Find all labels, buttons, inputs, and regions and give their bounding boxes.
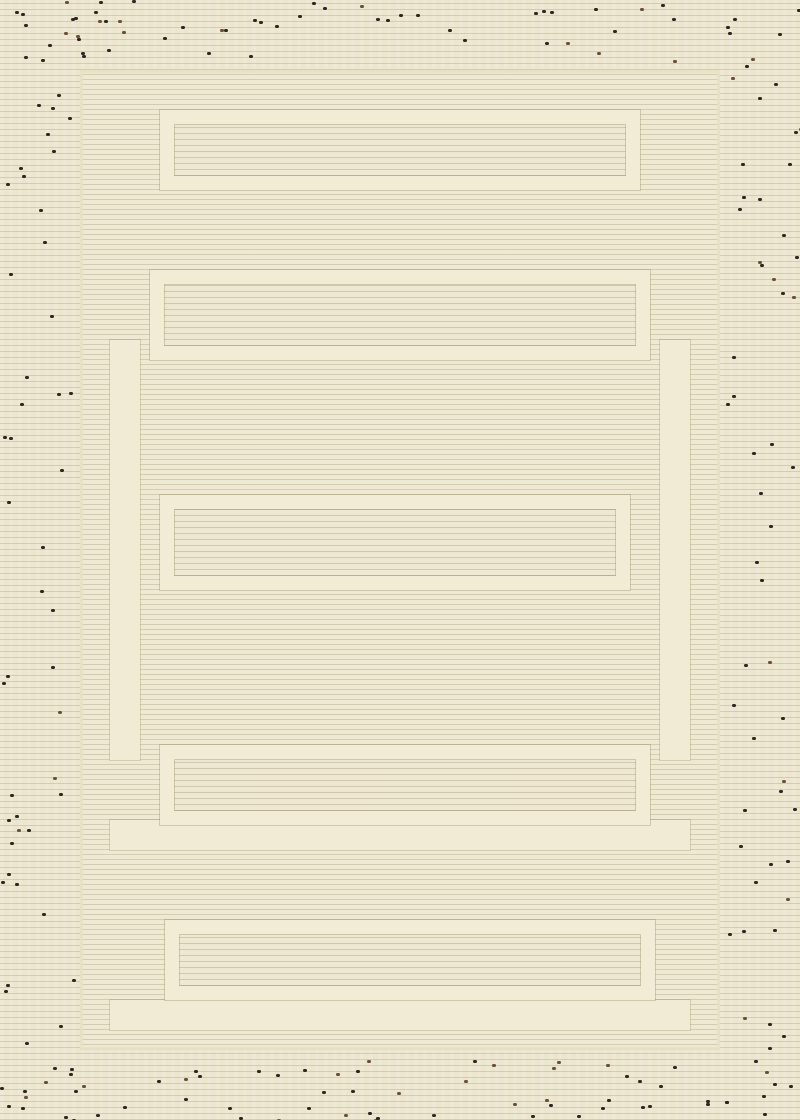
fiber-speck [228,1107,232,1110]
fiber-speck [661,4,665,7]
fiber-speck [416,14,420,17]
fiber-speck [107,49,111,52]
pattern-bar [110,340,140,760]
fiber-speck [77,38,81,41]
fiber-speck [762,1095,766,1098]
fiber-speck [0,1087,4,1090]
fiber-speck [157,1080,161,1083]
fiber-speck [773,929,777,932]
pattern-motif [165,920,655,1000]
fiber-speck [601,1107,605,1110]
fiber-speck [224,29,228,32]
fiber-speck [43,241,47,244]
fiber-speck [463,39,467,42]
fiber-speck [23,1090,27,1093]
pattern-motif [160,495,630,590]
fiber-speck [782,234,786,237]
fiber-speck [376,18,380,21]
fiber-speck [743,1017,747,1020]
fiber-speck [673,1066,677,1069]
fiber-speck [19,167,23,170]
pattern-motif [160,110,640,190]
fiber-speck [648,1105,652,1108]
fiber-speck [550,11,554,14]
fiber-speck [786,898,790,901]
fiber-speck [768,1023,772,1026]
fiber-speck [15,883,19,886]
fiber-speck [754,881,758,884]
fiber-speck [566,42,570,45]
fiber-speck [795,256,799,259]
fiber-speck [758,97,762,100]
fiber-speck [367,1060,371,1063]
fiber-speck [51,609,55,612]
fiber-speck [98,20,102,23]
fiber-speck [132,0,136,3]
fiber-speck [640,8,644,11]
fiber-speck [752,737,756,740]
fiber-speck [672,18,676,21]
fiber-speck [96,1114,100,1117]
fiber-speck [104,20,108,23]
fiber-speck [765,1071,769,1074]
fiber-speck [549,1104,553,1107]
fiber-speck [181,26,185,29]
fiber-speck [768,661,772,664]
fiber-speck [24,24,28,27]
fiber-speck [122,31,126,34]
fiber-speck [42,913,46,916]
fiber-speck [194,1070,198,1073]
fiber-speck [44,1081,48,1084]
fiber-speck [386,19,390,22]
pattern-bar [110,1000,690,1030]
fiber-speck [303,1069,307,1072]
fiber-speck [758,198,762,201]
fiber-speck [745,65,749,68]
fiber-speck [732,395,736,398]
fiber-speck [69,1073,73,1076]
fiber-speck [752,452,756,455]
pattern-motif [160,745,650,825]
fiber-speck [786,860,790,863]
fiber-speck [728,32,732,35]
fiber-speck [22,175,26,178]
fiber-speck [57,94,61,97]
fiber-speck [376,1117,380,1120]
fiber-speck [52,150,56,153]
fiber-speck [772,278,776,281]
fiber-speck [9,273,13,276]
fiber-speck [728,933,732,936]
fiber-speck [239,1117,243,1120]
fiber-speck [739,845,743,848]
fiber-speck [513,1103,517,1106]
fiber-speck [782,780,786,783]
fiber-speck [82,1085,86,1088]
fiber-speck [94,11,98,14]
fiber-speck [3,436,7,439]
fiber-speck [6,183,10,186]
fiber-speck [763,1113,767,1116]
fiber-speck [24,1096,28,1099]
fiber-speck [758,261,762,264]
fiber-speck [793,808,797,811]
fiber-speck [59,1025,63,1028]
fiber-speck [59,793,63,796]
fiber-speck [21,1107,25,1110]
fiber-speck [37,104,41,107]
fiber-speck [754,1060,758,1063]
fiber-speck [184,1098,188,1101]
fiber-speck [276,1074,280,1077]
fiber-speck [323,7,327,10]
fiber-speck [74,1090,78,1093]
fiber-speck [69,392,73,395]
fiber-speck [726,403,730,406]
fiber-speck [1,881,5,884]
fiber-speck [743,809,747,812]
fiber-speck [64,1116,68,1119]
fiber-speck [760,579,764,582]
fiber-speck [27,829,31,832]
fiber-speck [15,11,19,14]
fiber-speck [41,59,45,62]
fiber-speck [759,492,763,495]
fiber-speck [7,501,11,504]
fiber-speck [25,376,29,379]
fiber-speck [399,14,403,17]
fiber-speck [791,466,795,469]
fiber-speck [731,77,735,80]
fiber-speck [542,10,546,13]
fiber-speck [184,1078,188,1081]
fiber-speck [733,18,737,21]
fiber-speck [613,30,617,33]
fiber-speck [51,107,55,110]
fiber-speck [253,19,257,22]
fiber-speck [198,1075,202,1078]
fiber-speck [351,1090,355,1093]
fiber-speck [473,1060,477,1063]
fiber-speck [21,13,25,16]
fiber-speck [789,1085,793,1088]
fiber-speck [732,704,736,707]
fiber-speck [118,20,122,23]
fiber-speck [770,443,774,446]
fiber-speck [10,794,14,797]
fiber-speck [60,469,64,472]
pattern-bar [660,340,690,760]
fiber-speck [53,777,57,780]
fiber-speck [20,403,24,406]
fiber-speck [641,1106,645,1109]
fiber-speck [577,1115,581,1118]
rug-photo [0,0,800,1120]
fiber-speck [312,2,316,5]
fiber-speck [7,873,11,876]
fiber-speck [744,664,748,667]
fiber-speck [322,1091,326,1094]
fiber-speck [257,1070,261,1073]
fiber-speck [545,1099,549,1102]
fiber-speck [606,1064,610,1067]
fiber-speck [673,60,677,63]
fiber-speck [163,37,167,40]
pattern-motif [150,270,650,360]
fiber-speck [344,1114,348,1117]
fiber-speck [50,315,54,318]
fiber-speck [794,131,798,134]
